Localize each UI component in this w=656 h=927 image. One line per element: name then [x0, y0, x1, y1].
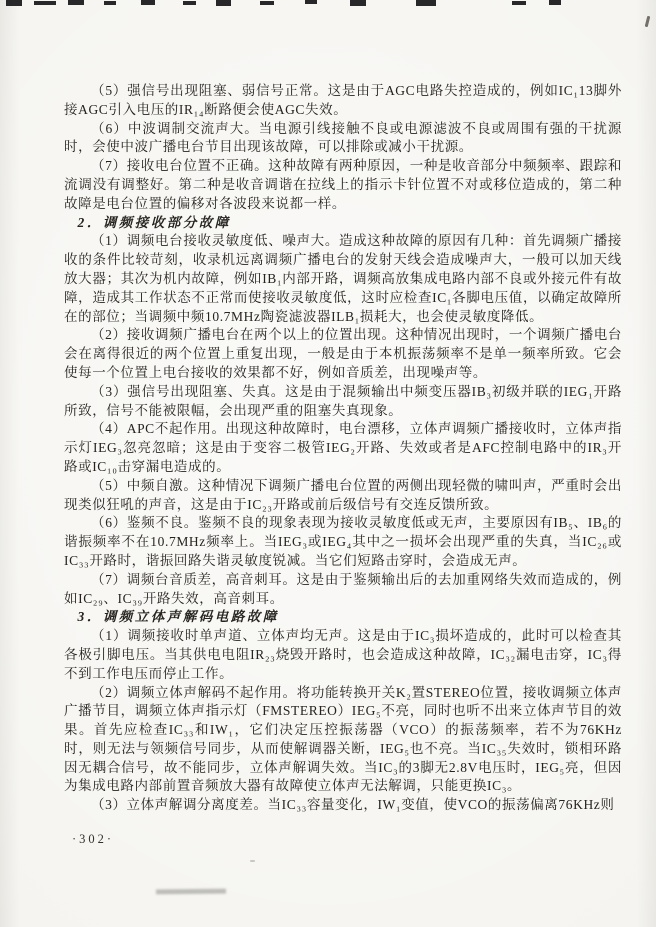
paragraph-fm-fault-3: （3）强信号出现阻塞、失真。这是由于混频输出中频变压器IB₃初级并联的IEG₁开…	[64, 383, 622, 421]
page-text-column: （5）强信号出现阻塞、弱信号正常。这是由于AGC电路失控造成的，例如IC₁13脚…	[64, 82, 622, 815]
paragraph-fm-fault-7: （7）调频台音质差，高音刺耳。这是由于鉴频输出后的去加重网络失效而造成的，例如I…	[64, 571, 622, 609]
paragraph-fm-fault-5: （5）中频自激。这种情况下调频广播电台位置的两侧出现轻微的啸叫声，严重时会出现类…	[64, 477, 622, 515]
scan-artifact-bottom-smudge	[156, 889, 226, 895]
paragraph-stereo-fault-3: （3）立体声解调分离度差。当IC₃₃容量变化，IW₁变值，使VCO的振荡偏离76…	[64, 796, 622, 815]
scanned-page: （5）强信号出现阻塞、弱信号正常。这是由于AGC电路失控造成的，例如IC₁13脚…	[0, 0, 656, 927]
section-heading-stereo-decoder-faults: 3．调频立体声解码电路故障	[64, 608, 622, 627]
section-heading-fm-receiver-faults: 2．调频接收部分故障	[64, 214, 622, 233]
paragraph-fm-fault-2: （2）接收调频广播电台在两个以上的位置出现。这种情况出现时，一个调频广播电台会在…	[64, 326, 622, 382]
scan-artifact-right-edge-mark	[645, 16, 651, 27]
paragraph-am-fault-7: （7）接收电台位置不正确。这种故障有两种原因，一种是收音部分中频频率、跟踪和流调…	[64, 157, 622, 213]
paragraph-fm-fault-1: （1）调频电台接收灵敏度低、噪声大。造成这种故障的原因有几种：首先调频广播接收的…	[64, 232, 622, 326]
paragraph-stereo-fault-1: （1）调频接收时单声道、立体声均无声。这是由于IC₃损坏造成的，此时可以检查其各…	[64, 627, 622, 683]
paragraph-fm-fault-6: （6）鉴频不良。鉴频不良的现象表现为接收灵敏度低或无声，主要原因有IB₅、IB₆…	[64, 514, 622, 570]
paragraph-fm-fault-4: （4）APC不起作用。出现这种故障时，电台漂移，立体声调频广播接收时，立体声指示…	[64, 420, 622, 476]
page-number: ·302·	[72, 832, 114, 847]
scan-artifact-speck	[250, 860, 255, 862]
paragraph-stereo-fault-2: （2）调频立体声解码不起作用。将功能转换开关K₂置STEREO位置，接收调频立体…	[64, 684, 622, 797]
scan-artifact-top-edge-marks	[0, 0, 656, 7]
paragraph-am-fault-5: （5）强信号出现阻塞、弱信号正常。这是由于AGC电路失控造成的，例如IC₁13脚…	[64, 82, 622, 120]
paragraph-am-fault-6: （6）中波调制交流声大。当电源引线接触不良或电源滤波不良或周围有强的干扰源时，会…	[64, 120, 622, 158]
